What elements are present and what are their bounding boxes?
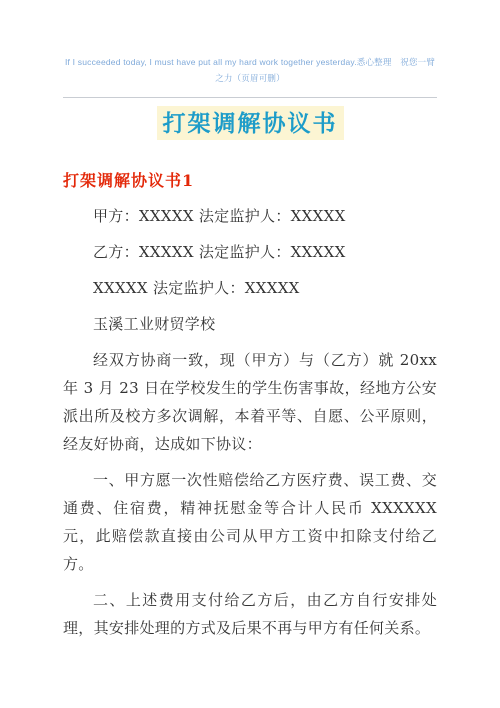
- document-page: If I succeeded today, I must have put al…: [0, 0, 500, 708]
- section-heading: 打架调解协议书1: [63, 170, 437, 192]
- paragraph: XXXXX 法定监护人：XXXXX: [63, 274, 437, 302]
- page-header-note: If I succeeded today, I must have put al…: [63, 54, 437, 86]
- header-divider: [63, 97, 437, 98]
- document-title: 打架调解协议书: [157, 106, 344, 140]
- paragraph: 玉溪工业财贸学校: [63, 310, 437, 338]
- paragraph: 经双方协商一致，现（甲方）与（乙方）就 20xx 年 3 月 23 日在学校发生…: [63, 346, 437, 458]
- document-title-row: 打架调解协议书: [63, 106, 437, 140]
- paragraph: 乙方：XXXXX 法定监护人：XXXXX: [63, 238, 437, 266]
- paragraph: 一、甲方愿一次性赔偿给乙方医疗费、误工费、交通费、住宿费，精神抚慰金等合计人民币…: [63, 466, 437, 578]
- paragraph: 二、上述费用支付给乙方后，由乙方自行安排处理，其安排处理的方式及后果不再与甲方有…: [63, 586, 437, 642]
- paragraph: 甲方：XXXXX 法定监护人：XXXXX: [63, 202, 437, 230]
- document-body: 甲方：XXXXX 法定监护人：XXXXX乙方：XXXXX 法定监护人：XXXXX…: [63, 202, 437, 642]
